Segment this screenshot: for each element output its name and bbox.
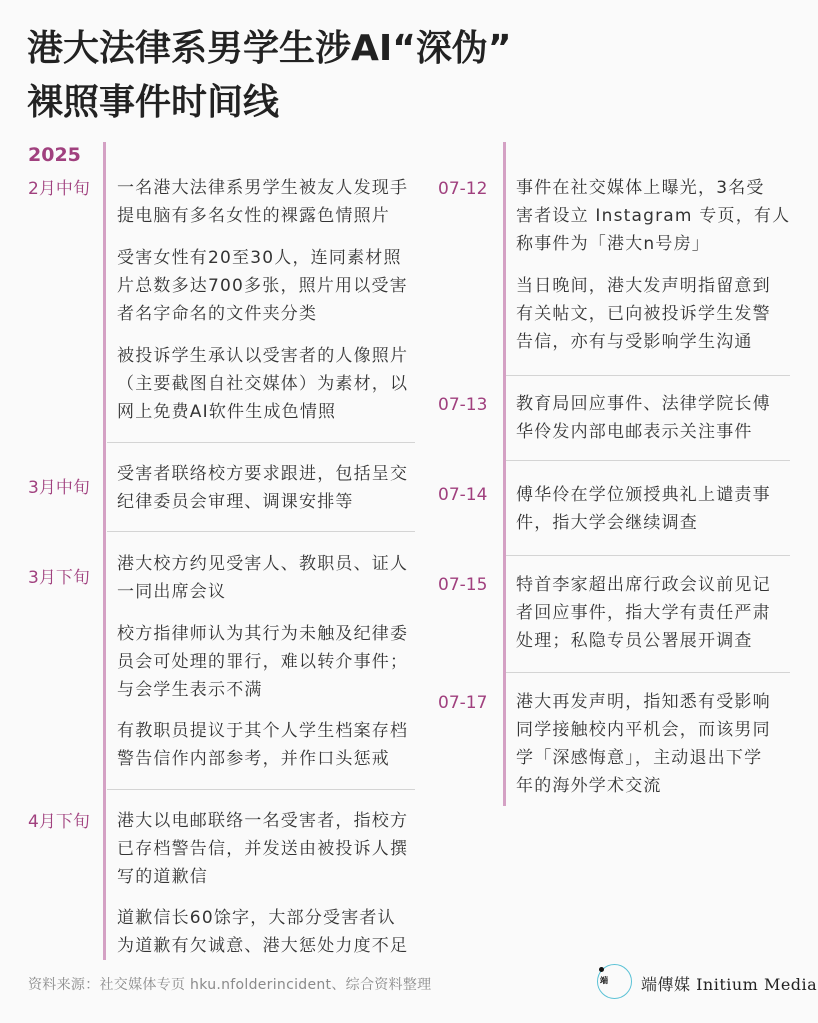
entry-paragraph: 被投诉学生承认以受害者的人像照片 （主要截图自社交媒体）为素材，以 网上免费AI… [117,342,408,426]
source-note: 资料来源：社交媒体专页 hku.nfolderincident、综合资料整理 [28,974,431,994]
separator [506,375,790,376]
entry-paragraph: 港大再发声明，指知悉有受影响 同学接触校内平机会，而该男同 学「深感悔意」，主动… [516,688,771,800]
entry-date: 3月下旬 [28,567,90,589]
entry-paragraph: 傅华伶在学位颁授典礼上谴责事 件，指大学会继续调查 [516,481,771,537]
entry-paragraph: 受害女性有20至30人，连同素材照 片总数多达700多张，照片用以受害 者名字命… [117,244,408,328]
entry-paragraph: 教育局回应事件、法律学院长傅 华伶发内部电邮表示关注事件 [516,390,771,446]
page-title: 港大法律系男学生涉AI“深伪” 裸照事件时间线 [27,22,512,130]
entry-paragraph: 校方指律师认为其行为未触及纪律委 员会可处理的罪行，难以转介事件； 与会学生表示… [117,620,408,704]
entry-paragraph: 当日晚间，港大发声明指留意到 有关帖文，已向被投诉学生发警 告信，亦有与受影响学… [516,272,771,356]
separator [107,531,415,532]
entry-paragraph: 事件在社交媒体上曝光，3名受 害者设立 Instagram 专页，有人 称事件为… [516,174,790,258]
entry-paragraph: 港大以电邮联络一名受害者，指校方 已存档警告信，并发送由被投诉人撰 写的道歉信 [117,807,408,891]
title-line-1: 港大法律系男学生涉AI“深伪” [27,22,512,76]
entry-paragraph: 港大校方约见受害人、教职员、证人 一同出席会议 [117,550,408,606]
entry-date: 4月下旬 [28,811,90,833]
logo-glyph: 端 [600,975,608,986]
separator [107,442,415,443]
entry-date: 07-17 [438,692,487,714]
entry-date: 07-15 [438,574,487,596]
entry-paragraph: 有教职员提议于其个人学生档案存档 警告信作内部参考，并作口头惩戒 [117,717,408,773]
separator [506,672,790,673]
separator [506,460,790,461]
separator [506,555,790,556]
entry-paragraph: 一名港大法律系男学生被友人发现手 提电脑有多名女性的裸露色情照片 [117,174,408,230]
separator [107,789,415,790]
brand-name: 端傳媒 Initium Media [641,972,817,995]
entry-date: 2月中旬 [28,178,90,200]
entry-date: 07-14 [438,484,487,506]
entry-paragraph: 特首李家超出席行政会议前见记 者回应事件，指大学有责任严肃 处理；私隐专员公署展… [516,571,771,655]
title-line-2: 裸照事件时间线 [27,76,512,130]
entry-paragraph: 受害者联络校方要求跟进，包括呈交 纪律委员会审理、调课安排等 [117,460,408,516]
entry-paragraph: 道歉信长60馀字，大部分受害者认 为道歉有欠诚意、港大惩处力度不足 [117,904,408,960]
entry-date: 3月中旬 [28,477,90,499]
logo-dot-icon [599,967,604,972]
timeline-line-right [503,142,506,806]
entry-date: 07-12 [438,178,487,200]
year-label: 2025 [28,144,81,166]
entry-date: 07-13 [438,394,487,416]
timeline-line-left [103,142,106,960]
